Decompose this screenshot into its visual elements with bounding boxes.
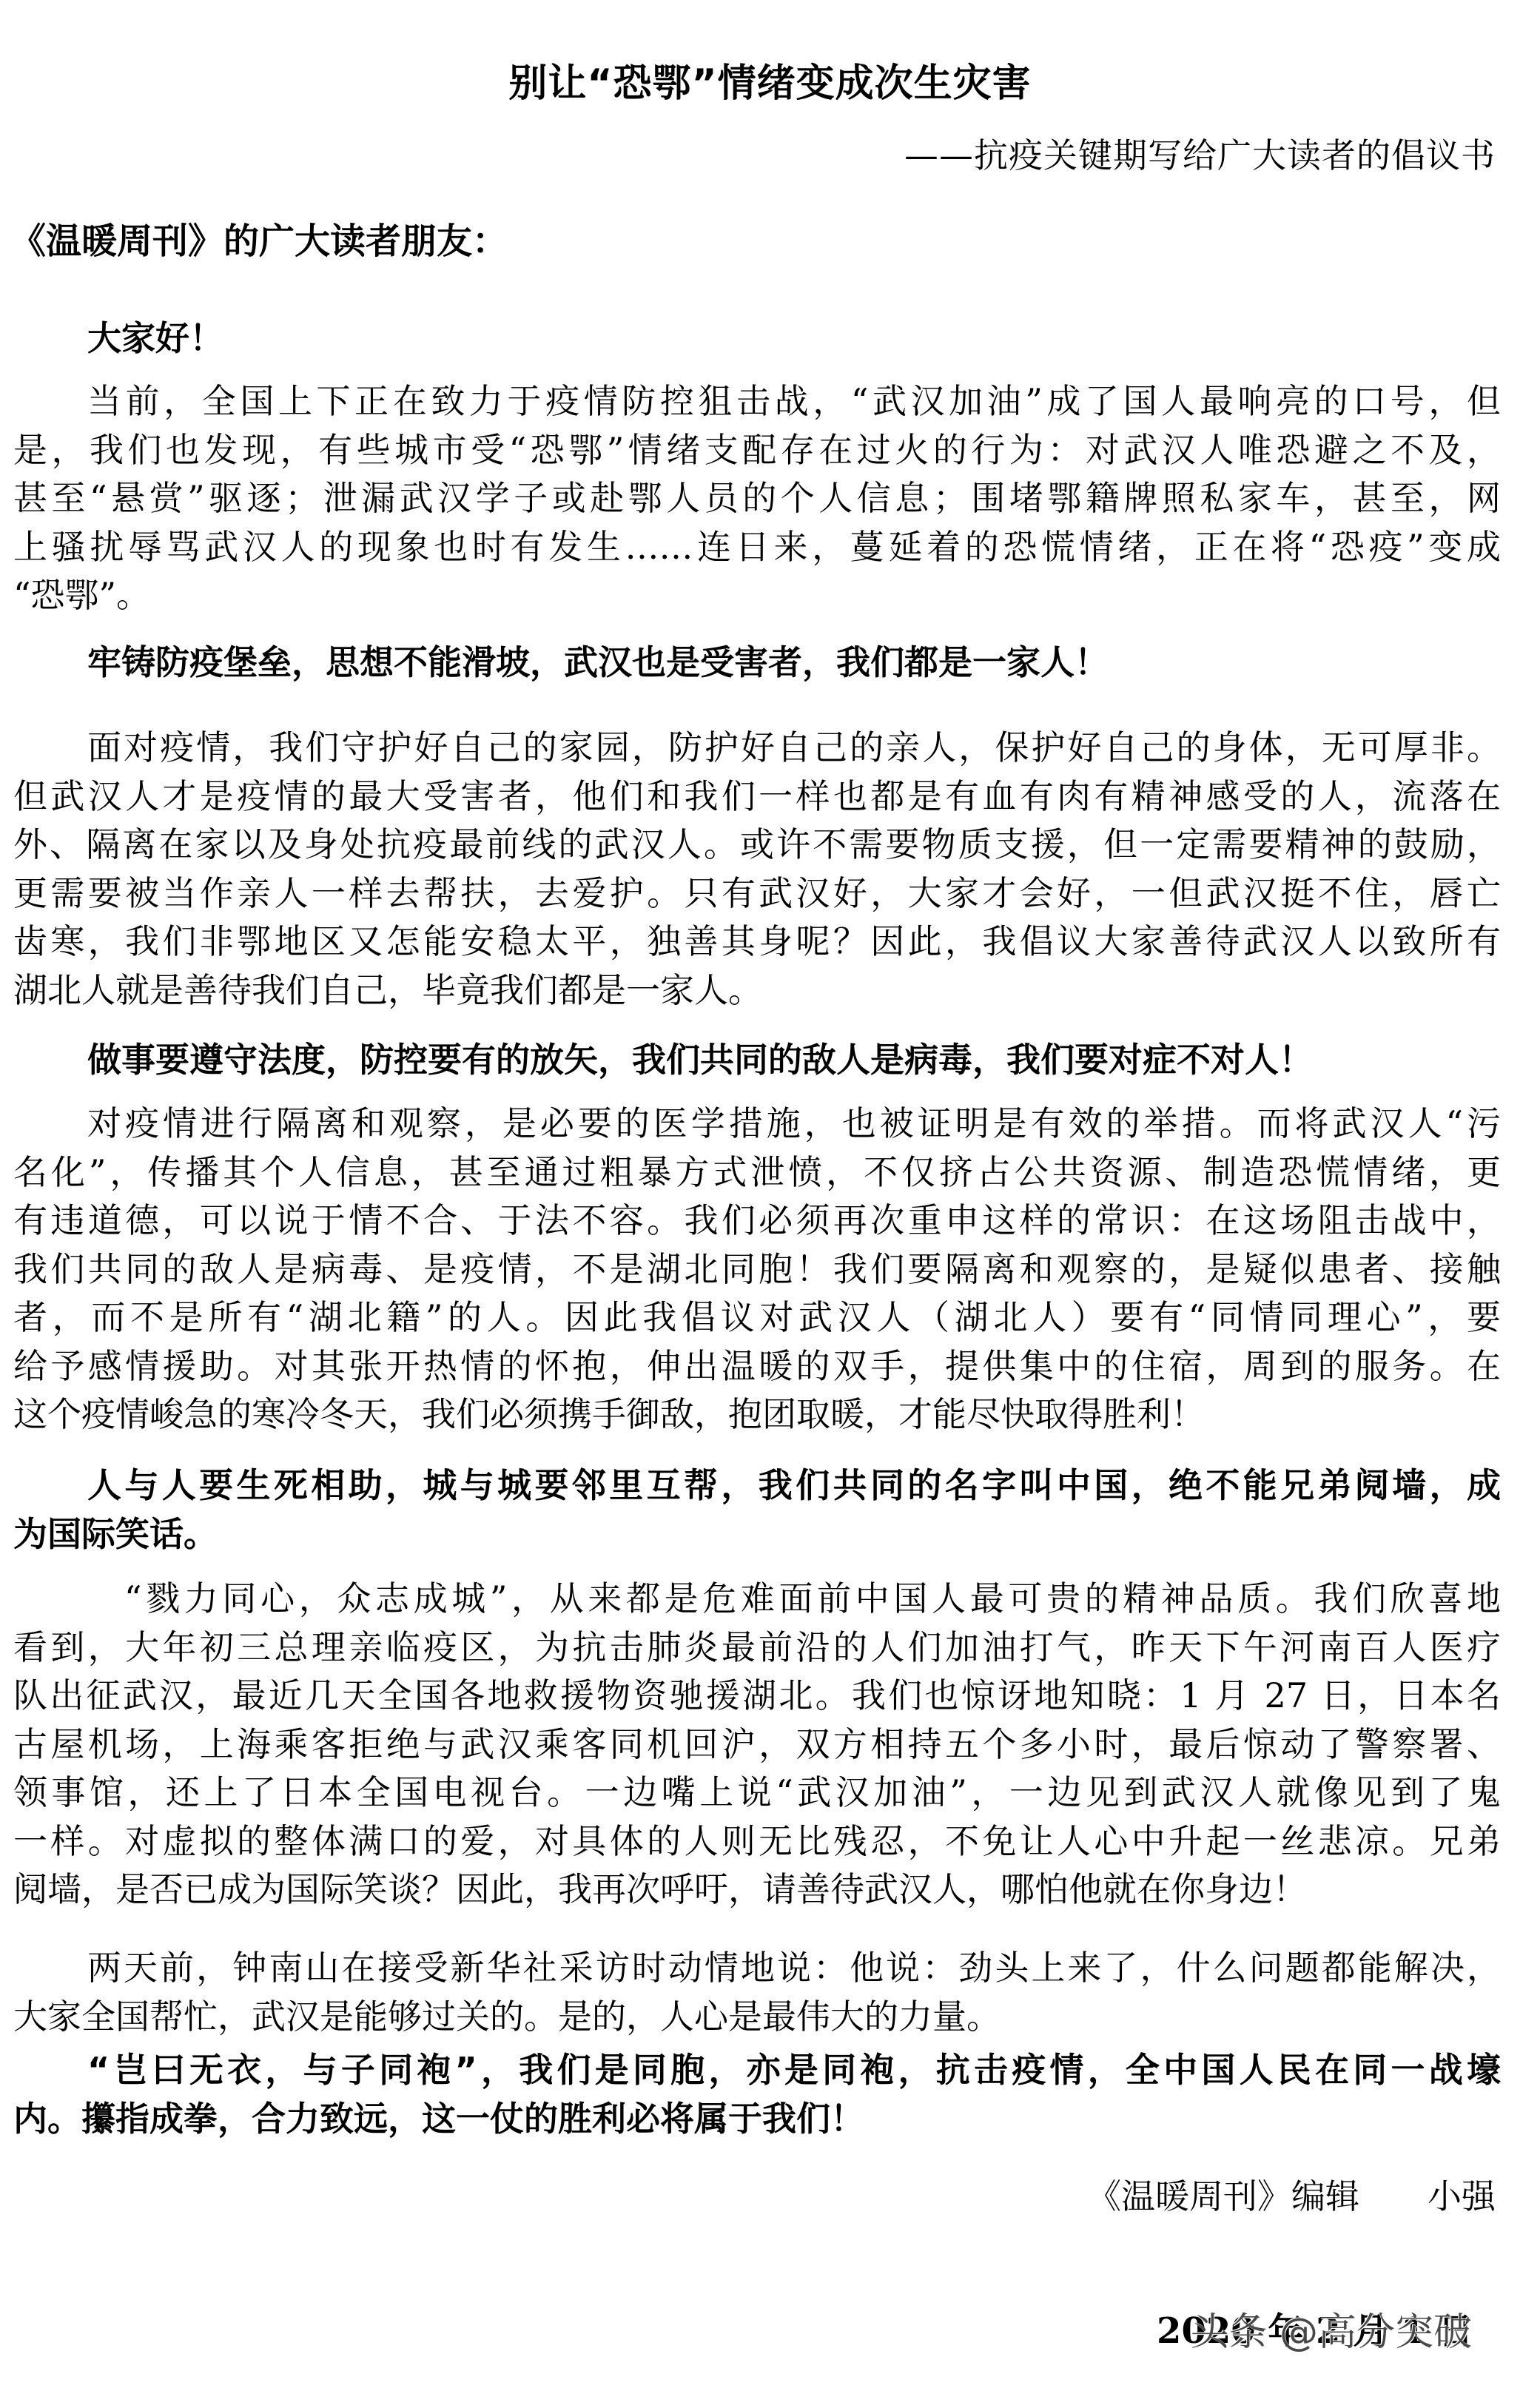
greeting-paragraph: 大家好！ [13, 315, 1501, 363]
paragraph-line: 是，我们也发现，有些城市受“恐鄂”情绪支配存在过火的行为：对武汉人唯恐避之不及， [13, 426, 1501, 475]
paragraph-line: 上骚扰辱骂武汉人的现象也时有发生……连日来，蔓延着的恐慌情绪，正在将“恐疫”变成 [13, 523, 1501, 572]
paragraph-line: 给予感情援助。对其张开热情的怀抱，伸出温暖的双手，提供集中的住宿，周到的服务。在 [13, 1342, 1501, 1391]
paragraph-line: 队出征武汉，最近几天全国各地救援物资驰援湖北。我们也惊讶地知晓：1 月 27 日… [13, 1672, 1501, 1721]
watermark: 头条 @高分突破 [1190, 2310, 1472, 2355]
paragraph-line: 我们共同的敌人是病毒、是疫情，不是湖北同胞！我们要隔离和观察的，是疑似患者、接触 [13, 1245, 1501, 1294]
paragraph-line: 内。攥指成拳，合力致远，这一仗的胜利必将属于我们！ [13, 2095, 1501, 2144]
body-paragraph-3: 对疫情进行隔离和观察，是必要的医学措施，也被证明是有效的举措。而将武汉人“污 名… [13, 1100, 1501, 1439]
body-paragraph-2: 面对疫情，我们守护好自己的家园，防护好自己的亲人，保护好自己的身体，无可厚非。 … [13, 724, 1501, 1015]
paragraph-line: 湖北人就是善待我们自己，毕竟我们都是一家人。 [13, 966, 1501, 1015]
paragraph-line: 有违道德，可以说于情不合、于法不容。我们必须再次重申这样的常识：在这场阻击战中， [13, 1197, 1501, 1245]
paragraph-line: 古屋机场，上海乘客拒绝与武汉乘客同机回沪，双方相持五个多小时，最后惊动了警察署、 [13, 1721, 1501, 1769]
paragraph-line: 齿寒，我们非鄂地区又怎能安稳太平，独善其身呢？因此，我倡议大家善待武汉人以致所有 [13, 918, 1501, 966]
document-subtitle: ——抗疫关键期写给广大读者的倡议书 [904, 133, 1496, 178]
paragraph-line: 牢铸防疫堡垒，思想不能滑坡，武汉也是受害者，我们都是一家人！ [13, 639, 1501, 687]
paragraph-line: 但武汉人才是疫情的最大受害者，他们和我们一样也都是有血有肉有精神感受的人，流落在 [13, 773, 1501, 821]
paragraph-line: 为国际笑话。 [13, 1510, 1501, 1559]
paragraph-line: 一样。对虚拟的整体满口的爱，对具体的人则无比残忍，不免让人心中升起一丝悲凉。兄弟 [13, 1817, 1501, 1866]
document-page: 别让“恐鄂”情绪变成次生灾害 ——抗疫关键期写给广大读者的倡议书 《温暖周刊》的… [0, 0, 1540, 2391]
paragraph-line: “岂曰无衣，与子同袍”，我们是同胞，亦是同袍，抗击疫情，全中国人民在同一战壕 [13, 2046, 1501, 2095]
paragraph-line: 甚至“悬赏”驱逐；泄漏武汉学子或赴鄂人员的个人信息；围堵鄂籍牌照私家车，甚至，网 [13, 474, 1501, 523]
paragraph-line: 外、隔离在家以及身处抗疫最前线的武汉人。或许不需要物质支援，但一定需要精神的鼓励… [13, 821, 1501, 870]
paragraph-line: 更需要被当作亲人一样去帮扶，去爱护。只有武汉好，大家才会好，一但武汉挺不住，唇亡 [13, 870, 1501, 918]
body-paragraph-4: “戮力同心，众志成城”，从来都是危难面前中国人最可贵的精神品质。我们欣喜地 看到… [13, 1575, 1501, 1914]
paragraph-line: “恐鄂”。 [13, 571, 1501, 620]
signature: 《温暖周刊》编辑 小强 [1087, 2174, 1496, 2219]
section-heading-2: 做事要遵守法度，防控要有的放矢，我们共同的敌人是病毒，我们要对症不对人！ [13, 1036, 1501, 1085]
paragraph-line: 这个疫情峻急的寒冷冬天，我们必须携手御敌，抱团取暖，才能尽快取得胜利！ [13, 1390, 1501, 1439]
paragraph-line: “戮力同心，众志成城”，从来都是危难面前中国人最可贵的精神品质。我们欣喜地 [13, 1575, 1501, 1624]
section-heading-1: 牢铸防疫堡垒，思想不能滑坡，武汉也是受害者，我们都是一家人！ [13, 639, 1501, 687]
paragraph-line: 面对疫情，我们守护好自己的家园，防护好自己的亲人，保护好自己的身体，无可厚非。 [13, 724, 1501, 773]
paragraph-line: 当前，全国上下正在致力于疫情防控狙击战，“武汉加油”成了国人最响亮的口号，但 [13, 377, 1501, 426]
paragraph-line: 大家全国帮忙，武汉是能够过关的。是的，人心是最伟大的力量。 [13, 1993, 1501, 2042]
paragraph-line: 阋墙，是否已成为国际笑谈？因此，我再次呼吁，请善待武汉人，哪怕他就在你身边！ [13, 1866, 1501, 1914]
paragraph-line: 大家好！ [13, 315, 1501, 363]
paragraph-line: 人与人要生死相助，城与城要邻里互帮，我们共同的名字叫中国，绝不能兄弟阋墙，成 [13, 1462, 1501, 1510]
section-heading-3: 人与人要生死相助，城与城要邻里互帮，我们共同的名字叫中国，绝不能兄弟阋墙，成 为… [13, 1462, 1501, 1558]
paragraph-line: 领事馆，还上了日本全国电视台。一边嘴上说“武汉加油”，一边见到武汉人就像见到了鬼 [13, 1769, 1501, 1817]
closing-paragraph: “岂曰无衣，与子同袍”，我们是同胞，亦是同袍，抗击疫情，全中国人民在同一战壕 内… [13, 2046, 1501, 2143]
body-paragraph-5: 两天前，钟南山在接受新华社采访时动情地说：他说：劲头上来了，什么问题都能解决， … [13, 1944, 1501, 2041]
salutation: 《温暖周刊》的广大读者朋友： [10, 219, 508, 263]
paragraph-line: 名化”，传播其个人信息，甚至通过粗暴方式泄愤，不仅挤占公共资源、制造恐慌情绪，更 [13, 1149, 1501, 1197]
paragraph-line: 看到，大年初三总理亲临疫区，为抗击肺炎最前沿的人们加油打气，昨天下午河南百人医疗 [13, 1624, 1501, 1672]
paragraph-line: 者，而不是所有“湖北籍”的人。因此我倡议对武汉人（湖北人）要有“同情同理心”，要 [13, 1294, 1501, 1342]
document-title: 别让“恐鄂”情绪变成次生灾害 [0, 58, 1540, 110]
paragraph-line: 对疫情进行隔离和观察，是必要的医学措施，也被证明是有效的举措。而将武汉人“污 [13, 1100, 1501, 1149]
paragraph-line: 两天前，钟南山在接受新华社采访时动情地说：他说：劲头上来了，什么问题都能解决， [13, 1944, 1501, 1993]
paragraph-line: 做事要遵守法度，防控要有的放矢，我们共同的敌人是病毒，我们要对症不对人！ [13, 1036, 1501, 1085]
body-paragraph-1: 当前，全国上下正在致力于疫情防控狙击战，“武汉加油”成了国人最响亮的口号，但 是… [13, 377, 1501, 620]
